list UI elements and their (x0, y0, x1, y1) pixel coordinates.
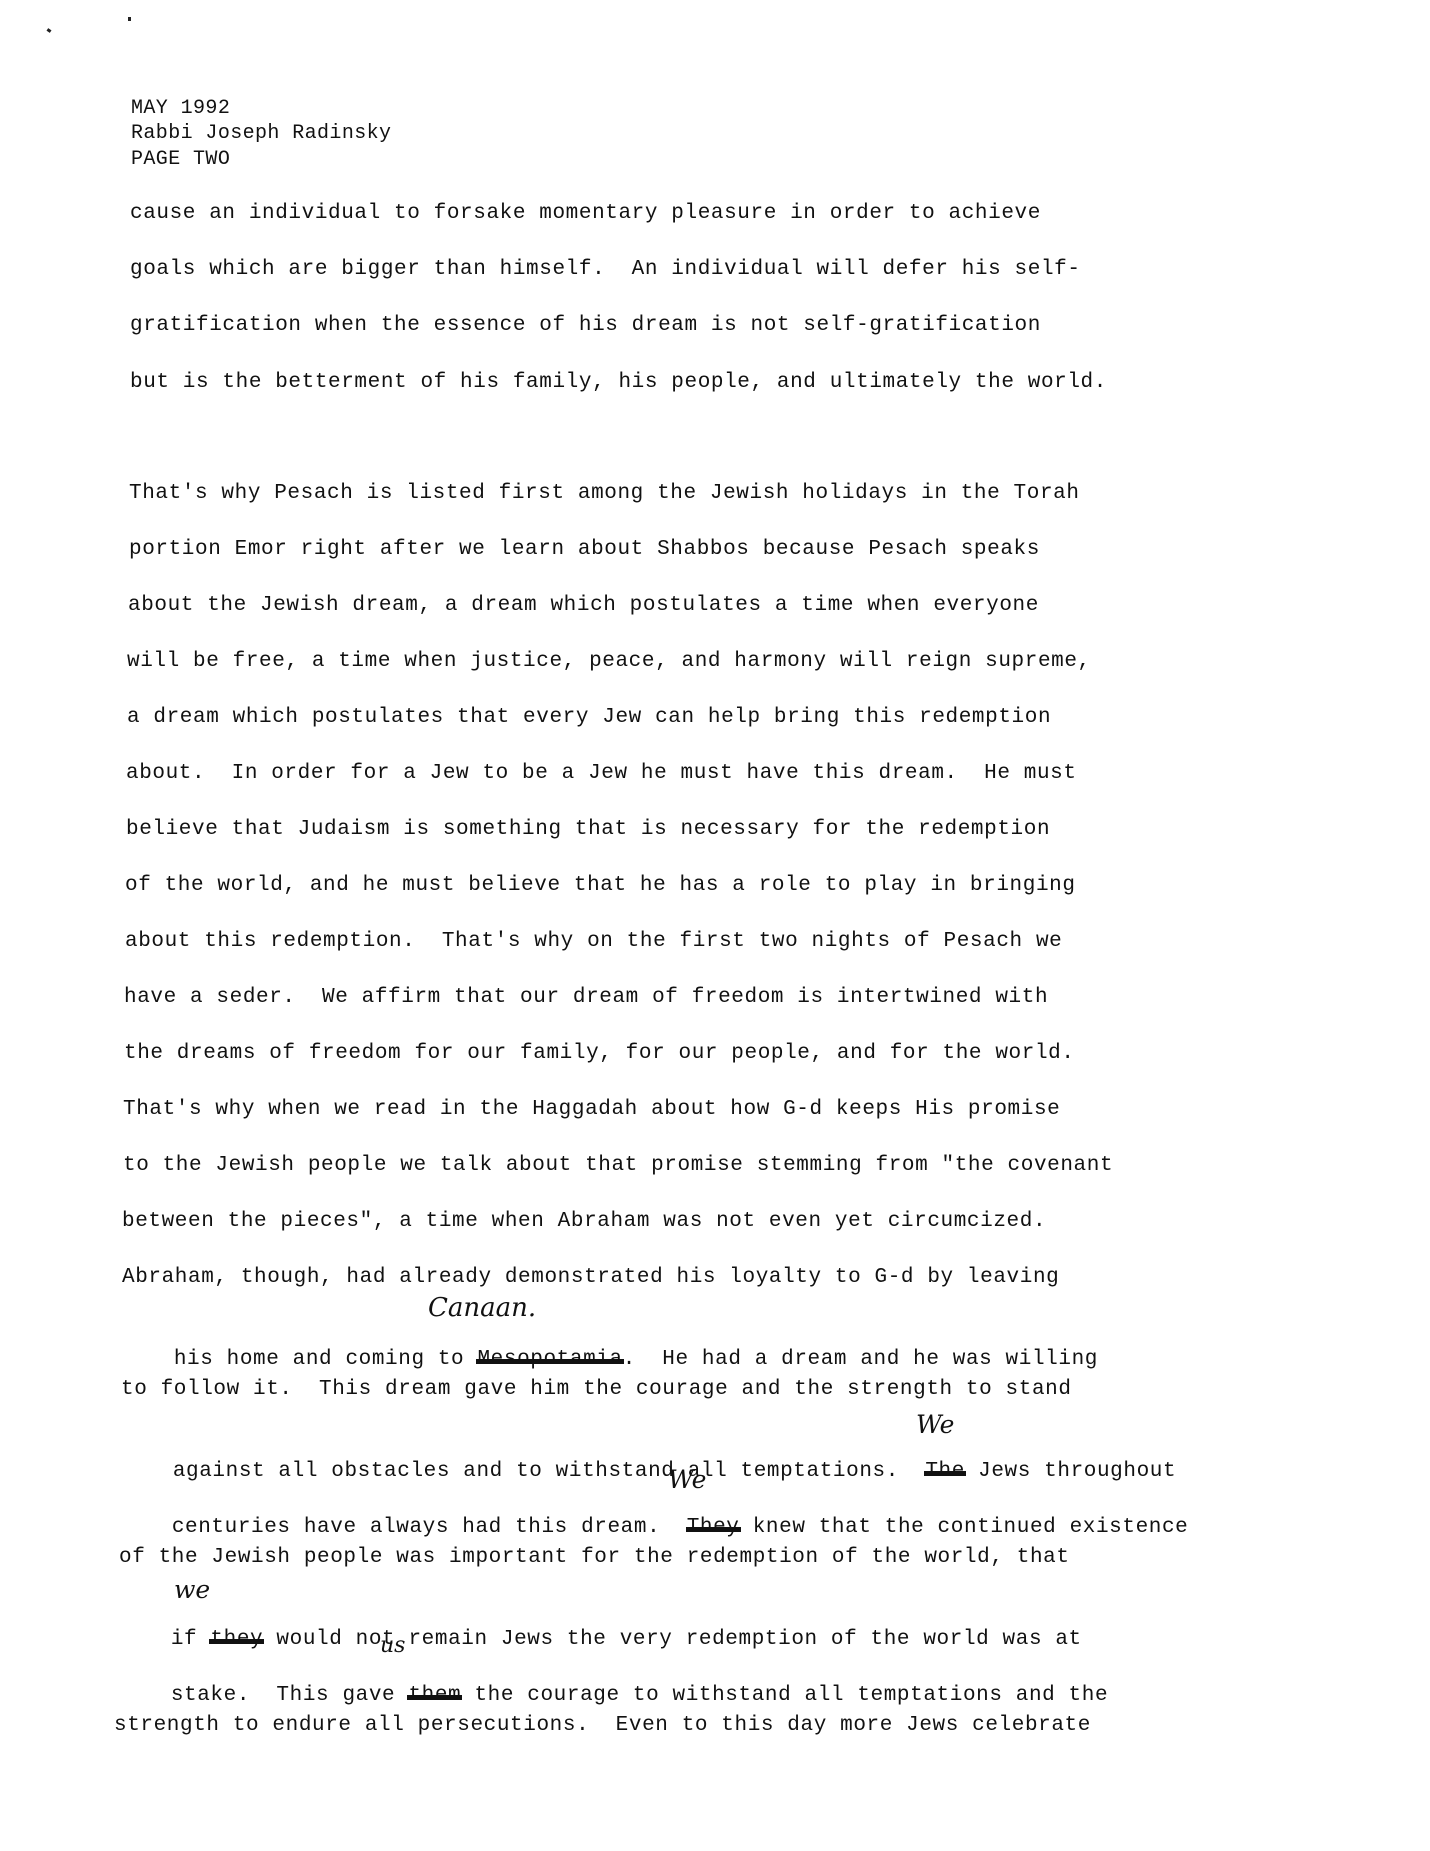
body-line: goals which are bigger than himself. An … (130, 257, 1081, 283)
handwritten-insert-we: We (668, 1465, 706, 1494)
body-line: cause an individual to forsake momentary… (130, 201, 1041, 227)
handwritten-insert-us: us (380, 1633, 405, 1658)
scan-speck (47, 28, 52, 33)
body-line: portion Emor right after we learn about … (129, 537, 1040, 563)
struck-word: they (210, 1627, 263, 1653)
body-line: to the Jewish people we talk about that … (123, 1153, 1113, 1179)
body-line: about the Jewish dream, a dream which po… (128, 593, 1039, 619)
handwritten-insert-we: We (916, 1410, 954, 1439)
body-line: between the pieces", a time when Abraham… (122, 1209, 1046, 1235)
body-line: have a seder. We affirm that our dream o… (124, 985, 1048, 1011)
text-before: stake. This gave (171, 1684, 409, 1707)
document-page: MAY 1992 Rabbi Joseph Radinsky PAGE TWO … (0, 0, 1430, 1851)
body-line: about. In order for a Jew to be a Jew he… (126, 761, 1077, 787)
struck-word: Mesopotamia (477, 1347, 622, 1373)
text-before: against all obstacles and to withstand a… (173, 1460, 926, 1483)
body-line: about this redemption. That's why on the… (125, 929, 1062, 955)
text-after: Jews throughout (965, 1460, 1176, 1483)
header-page: PAGE TWO (131, 147, 230, 173)
header-date: MAY 1992 (131, 96, 230, 122)
struck-word: The (925, 1459, 965, 1485)
text-before: centuries have always had this dream. (172, 1516, 687, 1539)
body-line: but is the betterment of his family, his… (130, 370, 1107, 396)
text-before: if (171, 1628, 211, 1651)
body-line: a dream which postulates that every Jew … (127, 705, 1051, 731)
text-after: . He had a dream and he was willing (623, 1348, 1098, 1371)
body-line: the dreams of freedom for our family, fo… (124, 1041, 1075, 1067)
text-after: knew that the continued existence (740, 1516, 1189, 1539)
body-line: will be free, a time when justice, peace… (127, 649, 1091, 675)
body-line: believe that Judaism is something that i… (126, 817, 1050, 843)
body-line: of the world, and he must believe that h… (125, 873, 1076, 899)
header-author: Rabbi Joseph Radinsky (131, 121, 391, 147)
text-before: his home and coming to (174, 1348, 478, 1371)
struck-word: They (687, 1515, 740, 1541)
body-line: strength to endure all persecutions. Eve… (114, 1713, 1091, 1739)
handwritten-insert-we: we (174, 1575, 210, 1604)
body-line: Abraham, though, had already demonstrate… (122, 1265, 1059, 1291)
body-line: of the Jewish people was important for t… (119, 1545, 1070, 1571)
body-line: That's why Pesach is listed first among … (129, 481, 1080, 507)
body-line: That's why when we read in the Haggadah … (123, 1097, 1060, 1123)
text-after: the courage to withstand all temptations… (461, 1684, 1108, 1707)
body-line: gratification when the essence of his dr… (130, 313, 1041, 339)
scan-speck (128, 17, 131, 21)
body-line: to follow it. This dream gave him the co… (121, 1377, 1072, 1403)
struck-word: them (408, 1683, 461, 1709)
handwritten-insert-canaan: Canaan. (428, 1293, 536, 1323)
